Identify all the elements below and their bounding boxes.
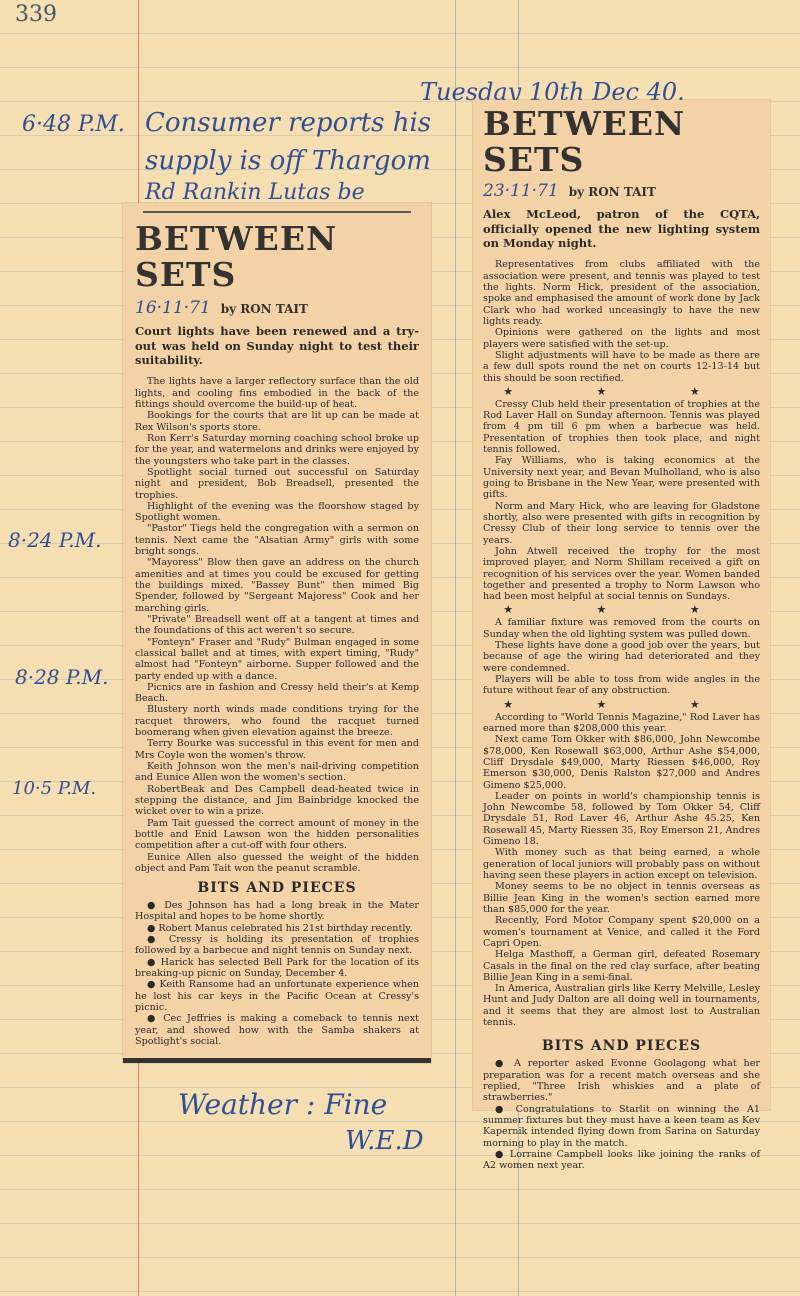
article-paragraph: Players will be able to toss from wide a…	[483, 674, 760, 697]
bits-and-pieces-heading: BITS AND PIECES	[135, 880, 419, 896]
article-paragraph: Representatives from clubs affiliated wi…	[483, 259, 760, 327]
article-paragraph: In America, Australian girls like Kerry …	[483, 983, 760, 1028]
article-paragraph: Next came Tom Okker with $86,000, John N…	[483, 734, 760, 791]
page-number: 339	[15, 2, 57, 27]
article-paragraph: Leader on points in world's championship…	[483, 791, 760, 848]
bullet-item: Lorraine Campbell looks like joining the…	[483, 1149, 760, 1172]
article-paragraph: "Private" Breadsell went off at a tangen…	[135, 614, 419, 637]
article-paragraph: Helga Masthoff, a German girl, defeated …	[483, 949, 760, 983]
article-paragraph: Norm and Mary Hick, who are leaving for …	[483, 501, 760, 546]
article-paragraph: Fay Williams, who is taking economics at…	[483, 455, 760, 500]
handwritten-clipping-date: 16·11·71	[135, 298, 211, 318]
bullet-item: A reporter asked Evonne Goolagong what h…	[483, 1058, 760, 1103]
bits-and-pieces-heading: BITS AND PIECES	[483, 1038, 760, 1054]
article-paragraph: RobertBeak and Des Campbell dead-heated …	[135, 784, 419, 818]
article-paragraph: Slight adjustments will have to be made …	[483, 350, 760, 384]
article-paragraph: According to "World Tennis Magazine," Ro…	[483, 712, 760, 735]
byline-row: 16·11·71 by RON TAIT	[135, 298, 419, 318]
article-paragraph: Money seems to be no object in tennis ov…	[483, 881, 760, 915]
handwritten-note-line: Consumer reports his	[145, 108, 431, 138]
article-paragraph: Highlight of the evening was the floorsh…	[135, 501, 419, 524]
handwritten-note-line: supply is off Thargom	[145, 146, 431, 176]
article-paragraph: Terry Bourke was successful in this even…	[135, 738, 419, 761]
handwritten-weather-note: Weather : Fine	[178, 1088, 387, 1121]
article-paragraph: Bookings for the courts that are lit up …	[135, 410, 419, 433]
article-paragraph: John Atwell received the trophy for the …	[483, 546, 760, 603]
bullet-item: Des Johnson has had a long break in the …	[135, 900, 419, 923]
article-paragraph: Keith Johnson won the men's nail-driving…	[135, 761, 419, 784]
byline: by RON TAIT	[569, 185, 656, 199]
bullet-item: Keith Ransome had an unfortunate experie…	[135, 979, 419, 1013]
bits-list: A reporter asked Evonne Goolagong what h…	[483, 1058, 760, 1171]
clipping-headline: BETWEEN SETS	[135, 221, 419, 294]
article-paragraph: With money such as that being earned, a …	[483, 847, 760, 881]
ledger-column-line	[455, 0, 456, 1296]
handwritten-time: 8·24 P.M.	[8, 528, 102, 552]
bullet-item: Robert Manus celebrated his 21st birthda…	[135, 923, 419, 934]
handwritten-time: 8·28 P.M.	[15, 665, 109, 689]
handwritten-clipping-date: 23·11·71	[483, 181, 559, 201]
article-paragraph: A familiar fixture was removed from the …	[483, 617, 760, 640]
article-section-1: Representatives from clubs affiliated wi…	[483, 259, 760, 383]
byline-row: 23·11·71 by RON TAIT	[483, 181, 760, 201]
bullet-item: Cressy is holding its presentation of tr…	[135, 934, 419, 957]
bullet-item: Cec Jeffries is making a comeback to ten…	[135, 1013, 419, 1047]
bullet-item: Congratulations to Starlit on winning th…	[483, 1104, 760, 1149]
article-paragraph: Recently, Ford Motor Company spent $20,0…	[483, 915, 760, 949]
section-divider-stars: ★ ★ ★	[483, 698, 760, 711]
section-divider-stars: ★ ★ ★	[483, 603, 760, 616]
article-paragraph: "Pastor" Tiegs held the congregation wit…	[135, 523, 419, 557]
article-paragraph: Picnics are in fashion and Cressy held t…	[135, 682, 419, 705]
article-paragraph: Pam Tait guessed the correct amount of m…	[135, 818, 419, 852]
article-paragraph: These lights have done a good job over t…	[483, 640, 760, 674]
article-paragraph: The lights have a larger reflectory surf…	[135, 376, 419, 410]
article-paragraph: "Fonteyn" Fraser and "Rudy" Bulman engag…	[135, 637, 419, 682]
article-paragraph: "Mayoress" Blow then gave an address on …	[135, 557, 419, 614]
article-paragraph: Opinions were gathered on the lights and…	[483, 327, 760, 350]
article-paragraph: Blustery north winds made conditions try…	[135, 704, 419, 738]
article-section-4: According to "World Tennis Magazine," Ro…	[483, 712, 760, 1029]
lead-paragraph: Court lights have been renewed and a try…	[135, 324, 419, 369]
article-paragraph: Cressy Club held their presentation of t…	[483, 399, 760, 456]
newspaper-clipping-left: BETWEEN SETS 16·11·71 by RON TAIT Court …	[123, 203, 431, 1063]
article-paragraph: Spotlight social turned out successful o…	[135, 467, 419, 501]
newspaper-clipping-right: BETWEEN SETS 23·11·71 by RON TAIT Alex M…	[473, 100, 770, 1110]
section-divider-stars: ★ ★ ★	[483, 385, 760, 398]
clipping-headline: BETWEEN SETS	[483, 106, 760, 179]
handwritten-initials: W.E.D	[345, 1126, 424, 1156]
clipping-bottom-rule	[123, 1058, 431, 1063]
bullet-item: Harick has selected Bell Park for the lo…	[135, 957, 419, 980]
article-paragraph: Ron Kerr's Saturday morning coaching sch…	[135, 433, 419, 467]
clipping-top-rule	[143, 211, 411, 213]
article-paragraph: Eunice Allen also guessed the weight of …	[135, 852, 419, 875]
bits-list: Des Johnson has had a long break in the …	[135, 900, 419, 1047]
article-section-3: A familiar fixture was removed from the …	[483, 617, 760, 696]
handwritten-time: 10·5 P.M.	[12, 778, 96, 799]
handwritten-time: 6·48 P.M.	[22, 112, 125, 137]
lead-paragraph: Alex McLeod, patron of the CQTA, officia…	[483, 207, 760, 252]
article-section-2: Cressy Club held their presentation of t…	[483, 399, 760, 603]
article-body: The lights have a larger reflectory surf…	[135, 376, 419, 874]
byline: by RON TAIT	[221, 302, 308, 316]
handwritten-note-line: Rd Rankin Lutas be	[145, 180, 365, 205]
